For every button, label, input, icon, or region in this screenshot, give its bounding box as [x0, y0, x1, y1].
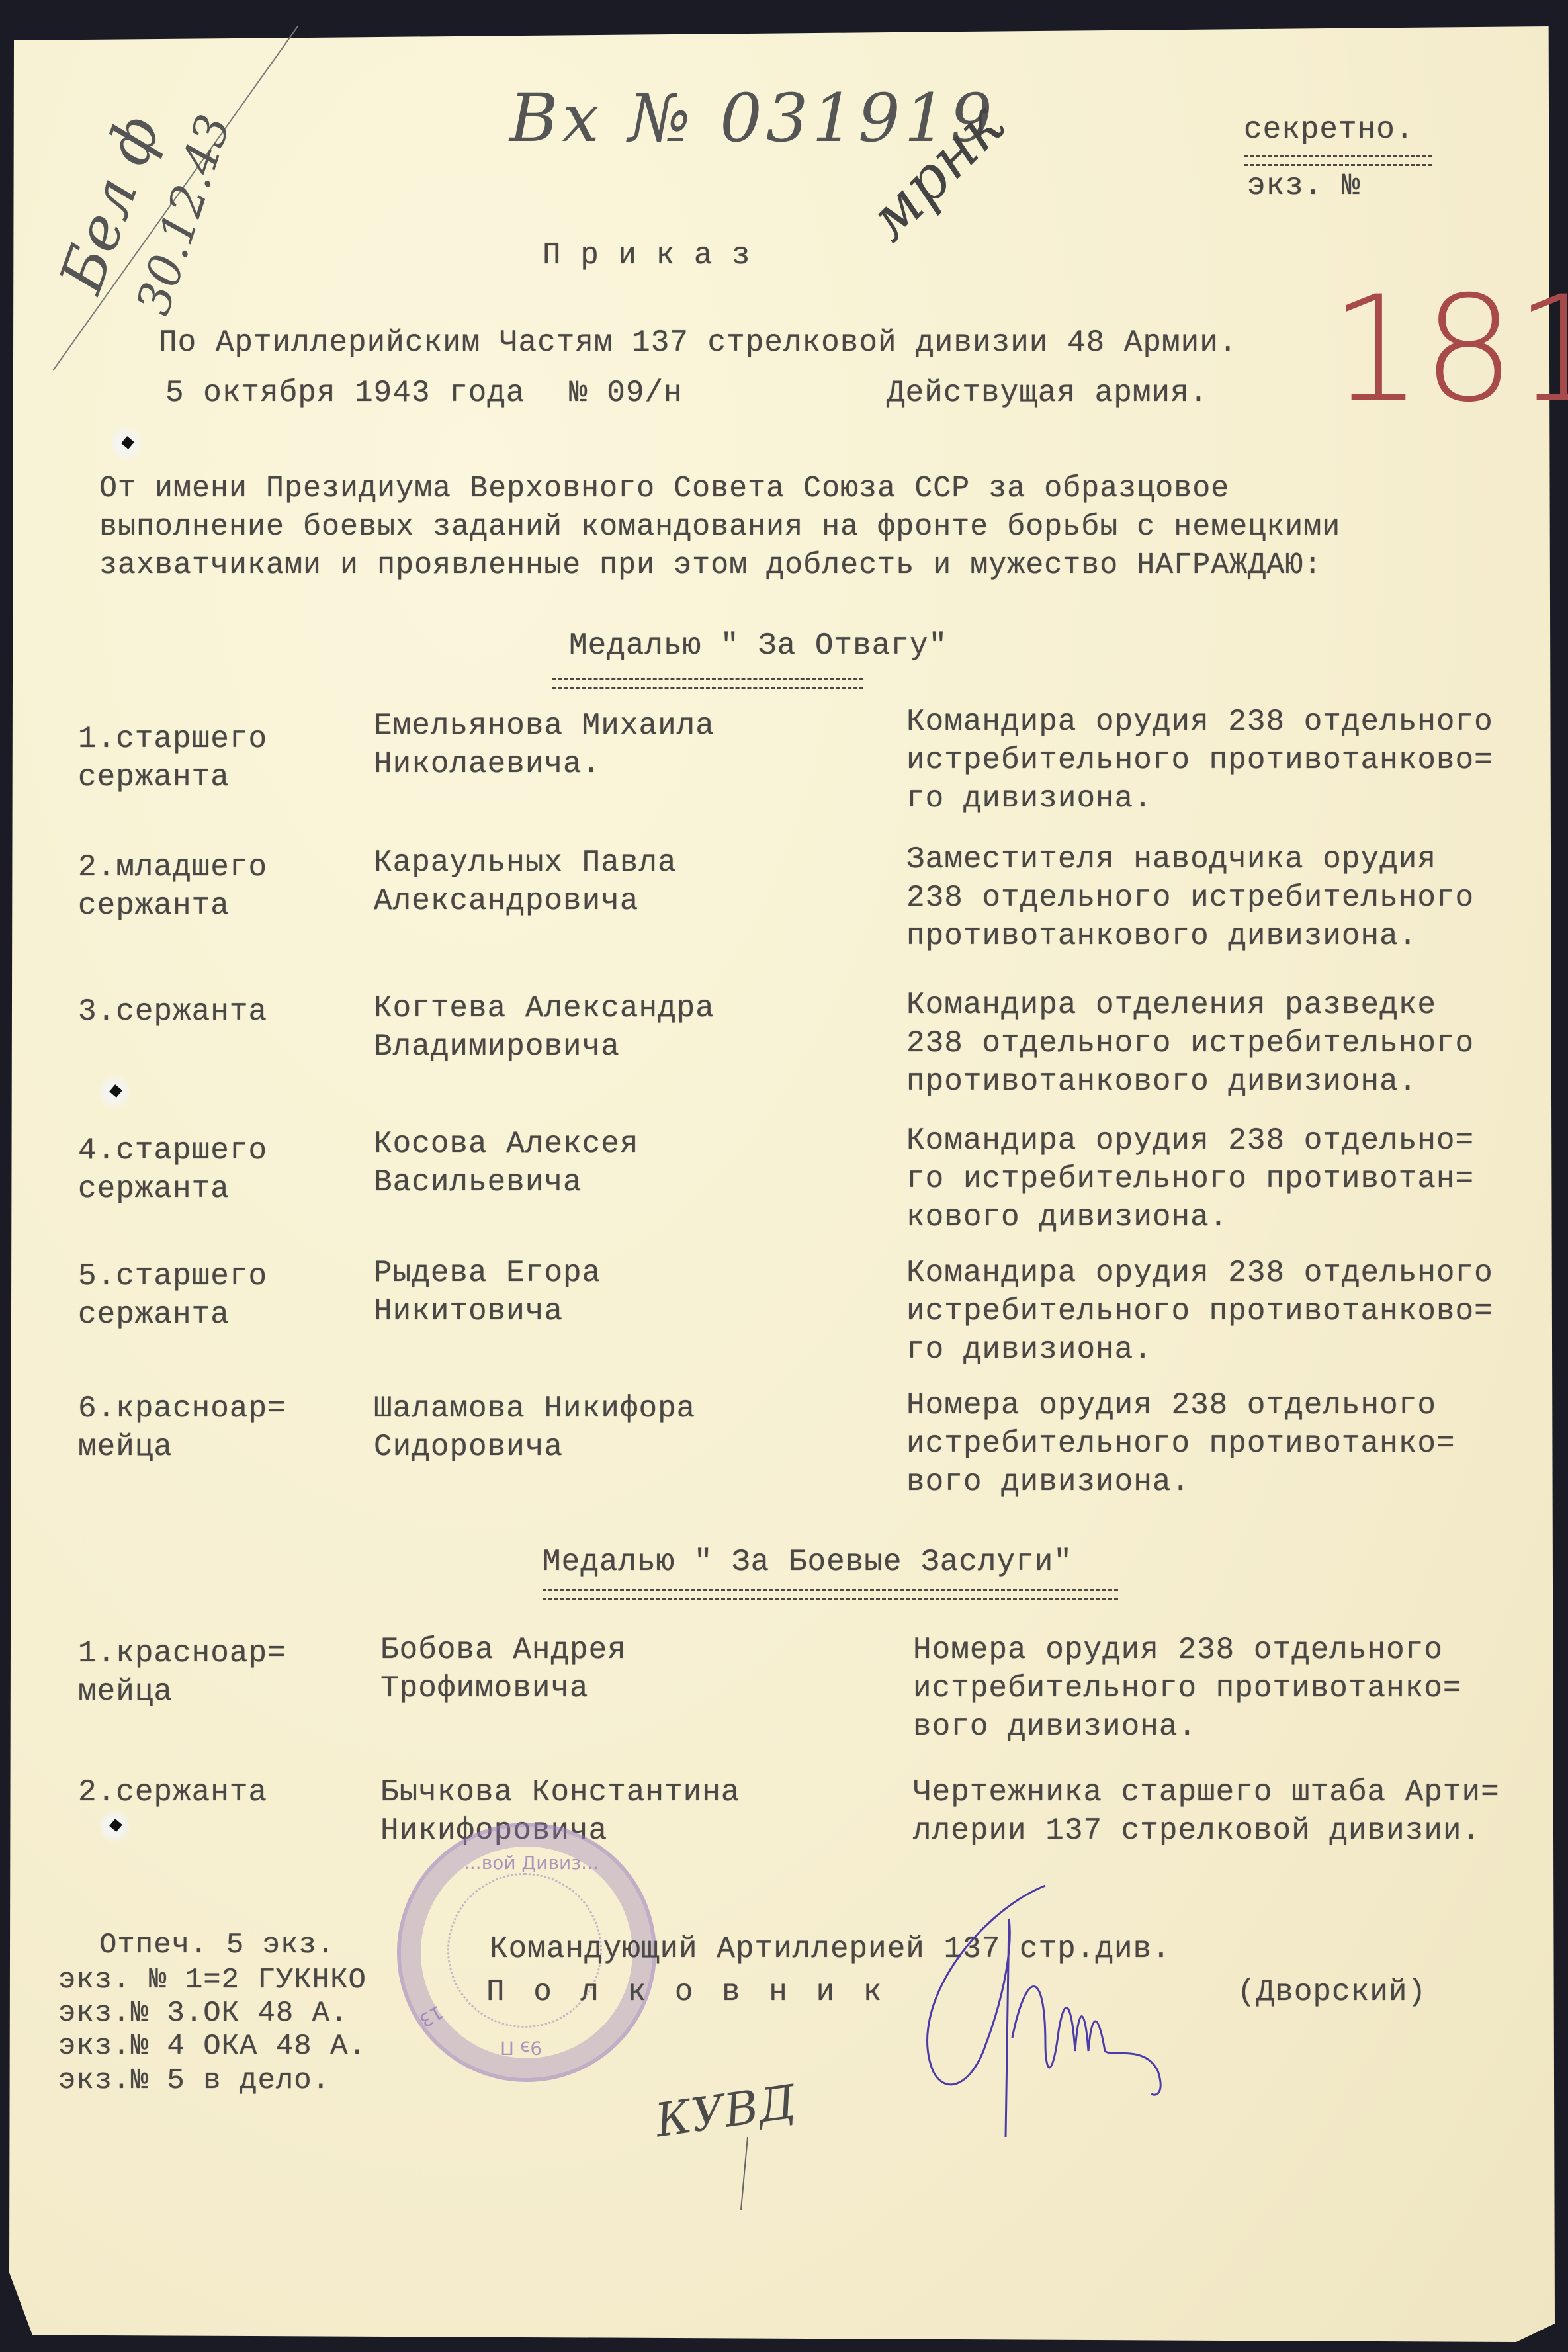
- initials-pencil-stroke: [0, 0, 1568, 2352]
